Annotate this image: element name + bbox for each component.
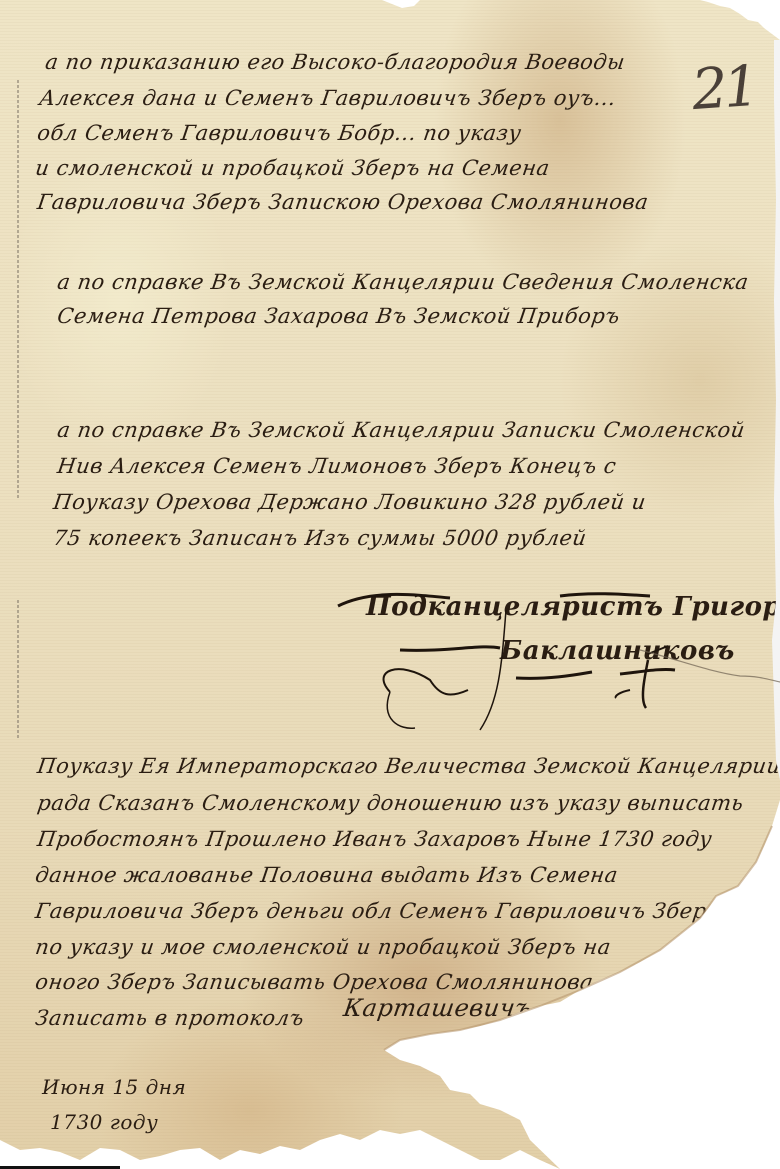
text-line: а по справке Въ Земской Канцелярии Запис… (56, 420, 746, 441)
text-line: и смоленской и пробацкой Зберъ на Семена (34, 158, 551, 179)
text-line: Алексея дана и Семенъ Гавриловичъ Зберъ … (38, 88, 617, 109)
text-line: по указу и мое смоленской и пробацкой Зб… (34, 937, 612, 958)
binding-stitch-marks-lower (17, 600, 19, 740)
binding-stitch-marks (17, 80, 19, 500)
folio-number: 21 (690, 54, 758, 123)
text-line: данное жалованье Половина выдать Изъ Сем… (34, 865, 619, 886)
signature-flourish-icon (330, 580, 710, 740)
text-line: а по справке Въ Земской Канцелярии Сведе… (56, 272, 750, 293)
text-line: рада Сказанъ Смоленскому доношению изъ у… (36, 793, 745, 814)
text-line: оного Зберъ Записывать Орехова Смолянино… (34, 972, 649, 993)
date-day: Июня 15 дня (42, 1075, 186, 1099)
closing-signature: Карташевичъ (342, 996, 533, 1020)
text-line: а по приказанию его Высоко-благородия Во… (44, 52, 626, 73)
date-year: 1730 году (50, 1110, 158, 1134)
text-line: Поуказу Ея Императорскаго Величества Зем… (36, 756, 780, 777)
text-line: обл Семенъ Гавриловичъ Бобр... по указу (36, 123, 523, 144)
text-line: Записать в протоколъ (34, 1008, 306, 1029)
text-line: Гавриловича Зберъ деньги обл Семенъ Гавр… (34, 901, 723, 922)
text-line: Семена Петрова Захарова Въ Земской Прибо… (56, 306, 621, 327)
text-line: Поуказу Орехова Держано Ловикино 328 руб… (52, 492, 647, 513)
manuscript-page: 21 а по приказанию его Высоко-благородия… (0, 0, 780, 1169)
text-line: Пробостоянъ Прошлено Иванъ Захаровъ Ныне… (36, 829, 714, 850)
text-line: 75 копеекъ Записанъ Изъ суммы 5000 рубле… (52, 528, 588, 549)
text-line: Гавриловича Зберъ Запискою Орехова Смоля… (36, 192, 650, 213)
text-line: Нив Алексея Семенъ Лимоновъ Зберъ Конецъ… (56, 456, 618, 477)
